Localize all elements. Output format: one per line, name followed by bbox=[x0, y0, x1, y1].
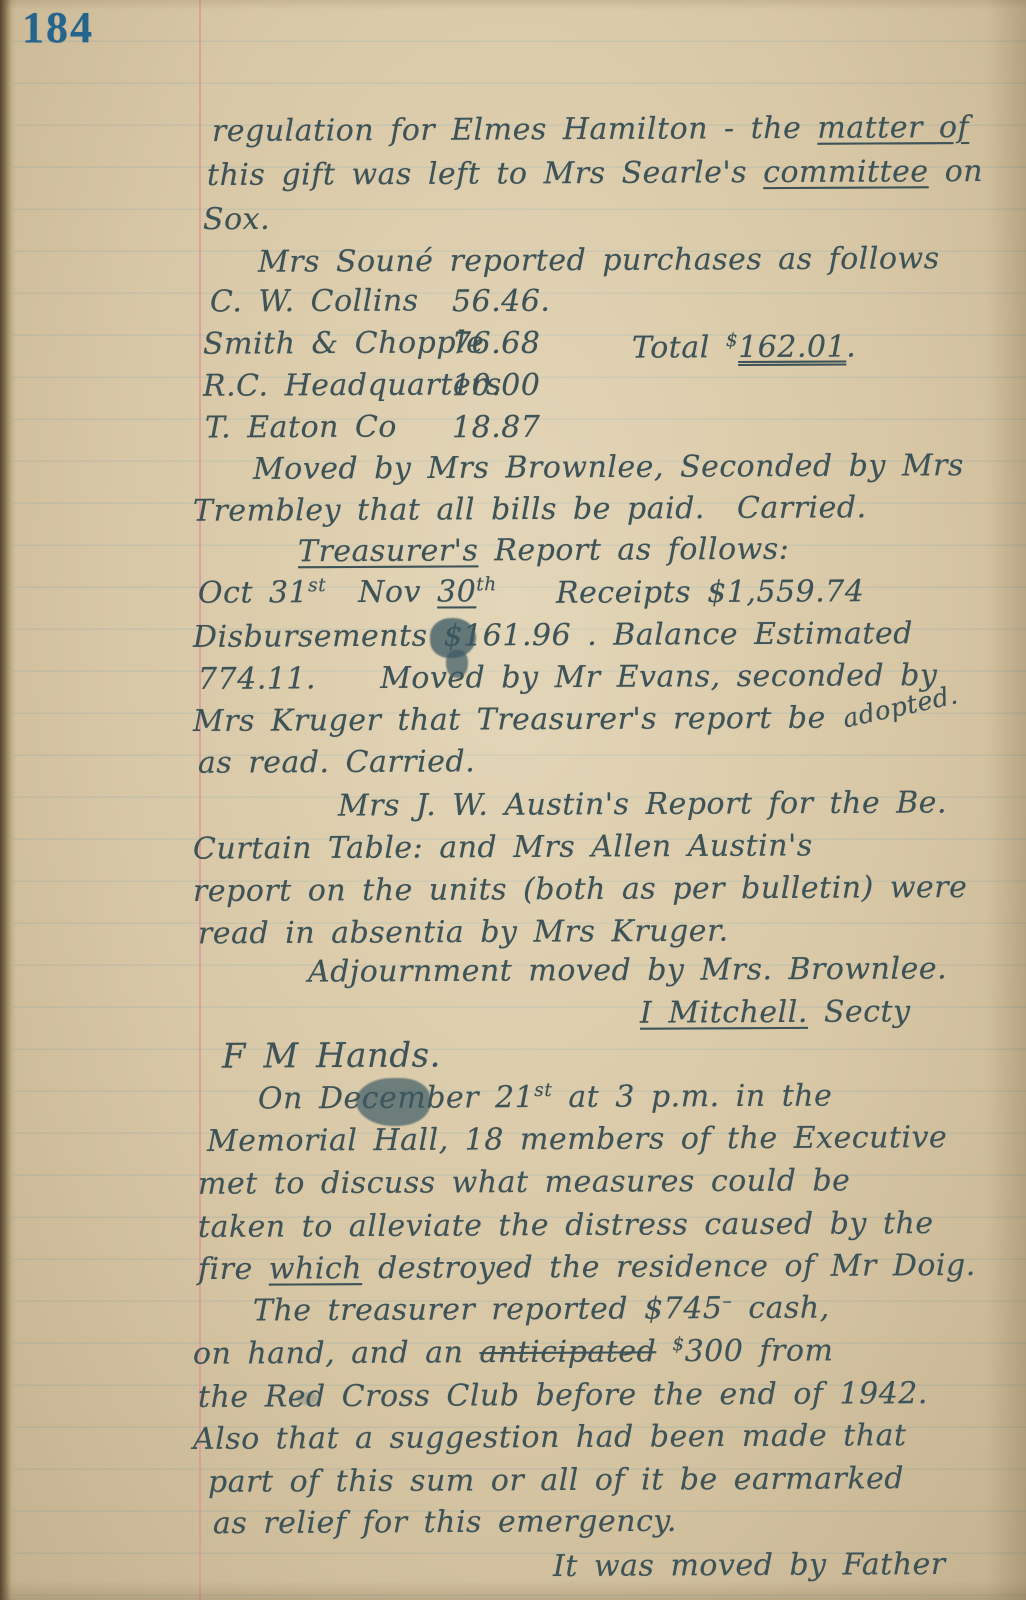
manuscript-line: Mrs Souné reported purchases as follows bbox=[258, 241, 940, 280]
manuscript-line: Moved by Mrs Brownlee, Seconded by Mrs bbox=[253, 448, 964, 487]
manuscript-segment: anticipated bbox=[479, 1334, 656, 1370]
manuscript-segment: fire bbox=[198, 1252, 269, 1287]
manuscript-segment: cash, bbox=[732, 1290, 830, 1326]
manuscript-segment: Treasurer's bbox=[298, 533, 478, 569]
manuscript-segment: st bbox=[308, 575, 326, 596]
manuscript-segment: Smith & Chopple bbox=[203, 325, 485, 361]
manuscript-segment: Trembley that all bills be paid. Carried… bbox=[193, 490, 867, 529]
manuscript-segment: Sox. bbox=[203, 202, 270, 237]
manuscript-line: taken to alleviate the distress caused b… bbox=[198, 1206, 934, 1245]
manuscript-segment: 56.46. bbox=[452, 284, 551, 320]
manuscript-segment: $ bbox=[672, 1334, 684, 1355]
manuscript-line: T. Eaton Co bbox=[205, 409, 397, 445]
manuscript-segment: 10.00 bbox=[452, 368, 541, 403]
manuscript-segment: Total bbox=[632, 330, 726, 365]
manuscript-line: C. W. Collins bbox=[210, 283, 419, 319]
manuscript-line: Trembley that all bills be paid. Carried… bbox=[193, 490, 867, 529]
manuscript-segment: which bbox=[269, 1251, 362, 1286]
manuscript-segment: Report as follows: bbox=[478, 532, 789, 569]
page-edge-shadow-bottom bbox=[0, 1580, 1026, 1600]
manuscript-segment: Curtain Table: and Mrs Allen Austin's bbox=[193, 828, 813, 866]
manuscript-line: this gift was left to Mrs Searle's commi… bbox=[207, 154, 983, 193]
manuscript-segment: Memorial Hall, 18 members of the Executi… bbox=[207, 1120, 947, 1159]
page-binding-edge bbox=[0, 0, 16, 1600]
manuscript-line: read in absentia by Mrs Kruger. bbox=[198, 914, 729, 952]
manuscript-line: on hand, and an anticipated $300 from bbox=[193, 1333, 834, 1371]
manuscript-segment: . bbox=[846, 329, 856, 364]
manuscript-segment: on hand, and an bbox=[193, 1335, 480, 1371]
manuscript-segment: 162.01 bbox=[738, 329, 846, 365]
manuscript-segment: this gift was left to Mrs Searle's bbox=[207, 155, 763, 193]
ledger-page: 184 regulation for Elmes Hamilton - the … bbox=[0, 0, 1026, 1600]
manuscript-segment: Nov bbox=[326, 575, 437, 611]
manuscript-segment: regulation for Elmes Hamilton - the bbox=[212, 111, 818, 149]
manuscript-line: Curtain Table: and Mrs Allen Austin's bbox=[193, 828, 813, 866]
manuscript-segment: The treasurer reported $745 bbox=[253, 1291, 723, 1328]
manuscript-line: Also that a suggestion had been made tha… bbox=[193, 1418, 907, 1457]
manuscript-line: Memorial Hall, 18 members of the Executi… bbox=[207, 1120, 947, 1159]
manuscript-line: Sox. bbox=[203, 202, 270, 237]
manuscript-segment: at 3 p.m. in the bbox=[552, 1078, 832, 1114]
manuscript-segment: 76.68 bbox=[452, 326, 541, 361]
manuscript-line: Disbursements $161.96 . Balance Estimate… bbox=[193, 616, 913, 655]
manuscript-segment: Mrs J. W. Austin's Report for the Be. bbox=[338, 785, 947, 823]
manuscript-segment: Secty bbox=[808, 994, 911, 1030]
ink-blot bbox=[356, 1078, 430, 1126]
manuscript-line: 18.87 bbox=[452, 410, 541, 445]
manuscript-line: Receipts $1,559.74 bbox=[556, 574, 865, 611]
manuscript-segment: Receipts $1,559.74 bbox=[556, 574, 865, 611]
manuscript-segment: destroyed the residence of Mr Doig. bbox=[362, 1248, 976, 1286]
manuscript-line: 10.00 bbox=[452, 368, 541, 403]
manuscript-segment: 300 from bbox=[685, 1333, 834, 1369]
manuscript-line: The treasurer reported $745– cash, bbox=[253, 1290, 830, 1328]
manuscript-segment: Mrs Souné reported purchases as follows bbox=[258, 241, 940, 280]
manuscript-segment: as relief for this emergency. bbox=[213, 1504, 677, 1541]
ink-blot bbox=[296, 1392, 318, 1405]
manuscript-segment: – bbox=[722, 1291, 732, 1312]
manuscript-line: regulation for Elmes Hamilton - the matt… bbox=[212, 110, 969, 149]
manuscript-line: report on the units (both as per bulleti… bbox=[193, 870, 968, 909]
manuscript-line: fire which destroyed the residence of Mr… bbox=[198, 1248, 976, 1287]
page-edge-shadow-right bbox=[986, 0, 1026, 1600]
manuscript-segment: matter of bbox=[817, 110, 969, 146]
manuscript-segment: st bbox=[534, 1080, 552, 1101]
manuscript-line: Mrs Kruger that Treasurer's report be ad… bbox=[193, 700, 959, 739]
manuscript-line: met to discuss what measures could be bbox=[198, 1163, 851, 1201]
manuscript-segment: Also that a suggestion had been made tha… bbox=[193, 1418, 907, 1457]
manuscript-line: 56.46. bbox=[452, 284, 551, 320]
manuscript-segment: T. Eaton Co bbox=[205, 409, 397, 445]
manuscript-segment: committee bbox=[763, 154, 929, 190]
manuscript-line: part of this sum or all of it be earmark… bbox=[208, 1461, 904, 1500]
ink-blot bbox=[446, 650, 468, 678]
manuscript-segment: 30 bbox=[437, 574, 476, 609]
manuscript-segment: part of this sum or all of it be earmark… bbox=[208, 1461, 904, 1500]
manuscript-segment: C. W. Collins bbox=[210, 283, 419, 319]
manuscript-segment: F M Hands. bbox=[222, 1035, 441, 1076]
manuscript-segment: as read. Carried. bbox=[198, 744, 475, 780]
manuscript-segment: Oct 31 bbox=[198, 575, 308, 611]
manuscript-line: as relief for this emergency. bbox=[213, 1504, 677, 1541]
manuscript-line: Mrs J. W. Austin's Report for the Be. bbox=[338, 785, 947, 823]
manuscript-segment: read in absentia by Mrs Kruger. bbox=[198, 914, 729, 952]
manuscript-segment: Moved by Mrs Brownlee, Seconded by Mrs bbox=[253, 448, 964, 487]
manuscript-line: On December 21st at 3 p.m. in the bbox=[258, 1078, 832, 1116]
manuscript-line: Total $162.01. bbox=[632, 329, 856, 365]
manuscript-line: 76.68 bbox=[452, 326, 541, 361]
manuscript-segment: I Mitchell. bbox=[640, 995, 808, 1031]
manuscript-line: as read. Carried. bbox=[198, 744, 475, 780]
manuscript-segment: It was moved by Father bbox=[553, 1547, 946, 1584]
manuscript-segment: 18.87 bbox=[452, 410, 541, 445]
manuscript-line: Oct 31st Nov 30th bbox=[198, 574, 497, 611]
manuscript-segment: Mrs Kruger that Treasurer's report be bbox=[193, 701, 842, 739]
manuscript-segment: Disbursements $161.96 . Balance Estimate… bbox=[193, 616, 913, 655]
manuscript-segment: on bbox=[929, 154, 984, 189]
manuscript-line: F M Hands. bbox=[222, 1035, 441, 1076]
manuscript-segment: report on the units (both as per bulleti… bbox=[193, 870, 968, 909]
page-edge-shadow-top bbox=[0, 0, 1026, 10]
manuscript-segment: Adjournment moved by Mrs. Brownlee. bbox=[308, 951, 947, 989]
manuscript-segment: taken to alleviate the distress caused b… bbox=[198, 1206, 934, 1245]
manuscript-segment: 774.11. Moved by Mr Evans, seconded by bbox=[198, 658, 938, 697]
manuscript-segment bbox=[656, 1334, 672, 1369]
manuscript-line: Smith & Chopple bbox=[203, 325, 485, 361]
manuscript-segment: th bbox=[476, 574, 497, 595]
manuscript-segment: met to discuss what measures could be bbox=[198, 1163, 851, 1201]
manuscript-line: It was moved by Father bbox=[553, 1547, 946, 1584]
manuscript-line: I Mitchell. Secty bbox=[640, 994, 911, 1030]
manuscript-line: Adjournment moved by Mrs. Brownlee. bbox=[308, 951, 947, 989]
manuscript-line: 774.11. Moved by Mr Evans, seconded by bbox=[198, 658, 938, 697]
manuscript-line: Treasurer's Report as follows: bbox=[298, 532, 789, 570]
manuscript-segment: $ bbox=[726, 330, 738, 351]
